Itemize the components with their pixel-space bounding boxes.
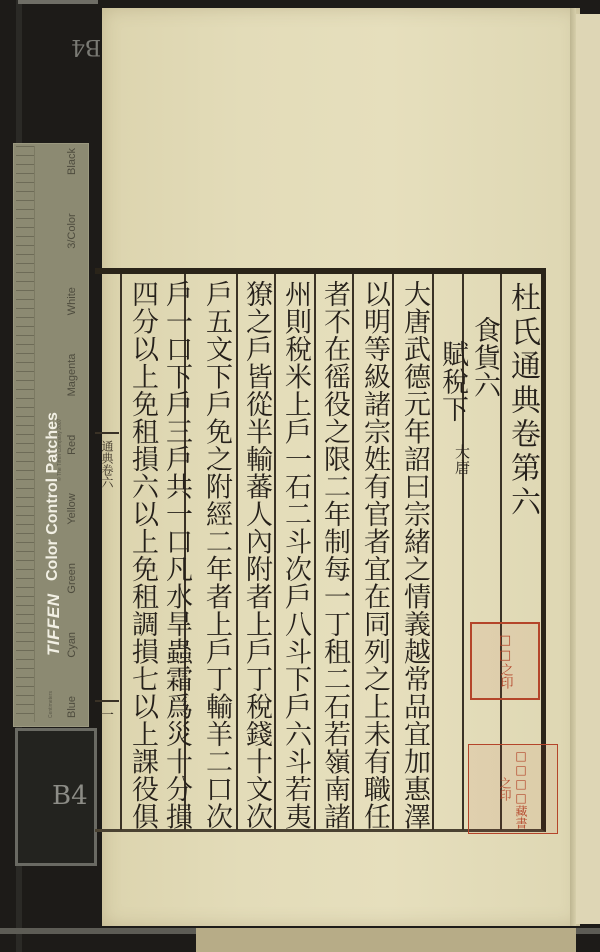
text-column: 以明等級諸宗姓有官者宜在同列之上未有職任 <box>356 280 392 830</box>
section-heading: 食貨六 <box>466 316 502 399</box>
text-column: 州則稅米上戶一石二斗次戶八斗下戶六斗若夷 <box>277 280 313 830</box>
column-rule <box>120 274 122 830</box>
collector-seal-upper: □□之印 <box>470 622 540 700</box>
text-column: 者不在徭役之限二年制每一丁租二石若嶺南諸 <box>316 280 352 830</box>
frame-edge-top <box>18 0 98 4</box>
text-column: 四分以上免租損六以上免租調損七以上課役俱 <box>124 280 160 830</box>
centimeters-label: Centimeters <box>48 691 54 718</box>
patch-label: Green <box>66 563 78 594</box>
volume-title: 杜氏通典卷第六 <box>504 282 540 520</box>
column-rule <box>274 274 276 830</box>
column-rule <box>352 274 354 830</box>
tiffen-logo: TIFFEN <box>44 594 64 657</box>
patch-labels: Blue Cyan Green Yellow Red Magenta White… <box>66 148 78 718</box>
patch-label: White <box>66 287 78 315</box>
column-rule <box>392 274 394 830</box>
fold-mark <box>95 700 119 702</box>
patch-label: Blue <box>66 696 78 718</box>
text-column: 戶五文下戶免之附經二年者上戶丁輸羊二口次 <box>198 280 234 830</box>
text-column: 獠之戶皆從半輸蕃人內附者上戶丁稅錢十文次 <box>238 280 274 830</box>
color-control-card: Centimeters TIFFEN Color Control Patches… <box>13 143 89 727</box>
patch-label: Magenta <box>66 354 78 397</box>
patch-label: Red <box>66 435 78 455</box>
subsection-note: 大唐 <box>444 444 480 475</box>
patch-label: Cyan <box>66 632 78 658</box>
patch-label: Black <box>66 148 78 175</box>
page-number: 一 <box>100 705 114 725</box>
patch-label: Yellow <box>66 493 78 524</box>
collector-seal-lower: □□□□藏書之印 <box>468 744 558 834</box>
facing-page-edge <box>576 14 600 924</box>
text-column: 戶一口下戶三戶共一口凡水旱蟲霜爲災十分損 <box>158 280 194 830</box>
subsection-heading: 賦稅下 <box>434 340 470 423</box>
card-copyright: © The Tiffen Company 2007 <box>57 419 63 481</box>
fold-margin-label: 通典卷六 <box>96 440 116 660</box>
fold-mark <box>95 432 119 434</box>
text-column: 大唐武德元年詔曰宗緒之情義越常品宜加惠澤 <box>396 280 432 830</box>
target-label-bottom: B4 <box>52 781 88 811</box>
underlying-page <box>196 928 576 952</box>
patch-label: 3/Color <box>66 213 78 248</box>
target-label-top: B4 <box>71 34 101 59</box>
